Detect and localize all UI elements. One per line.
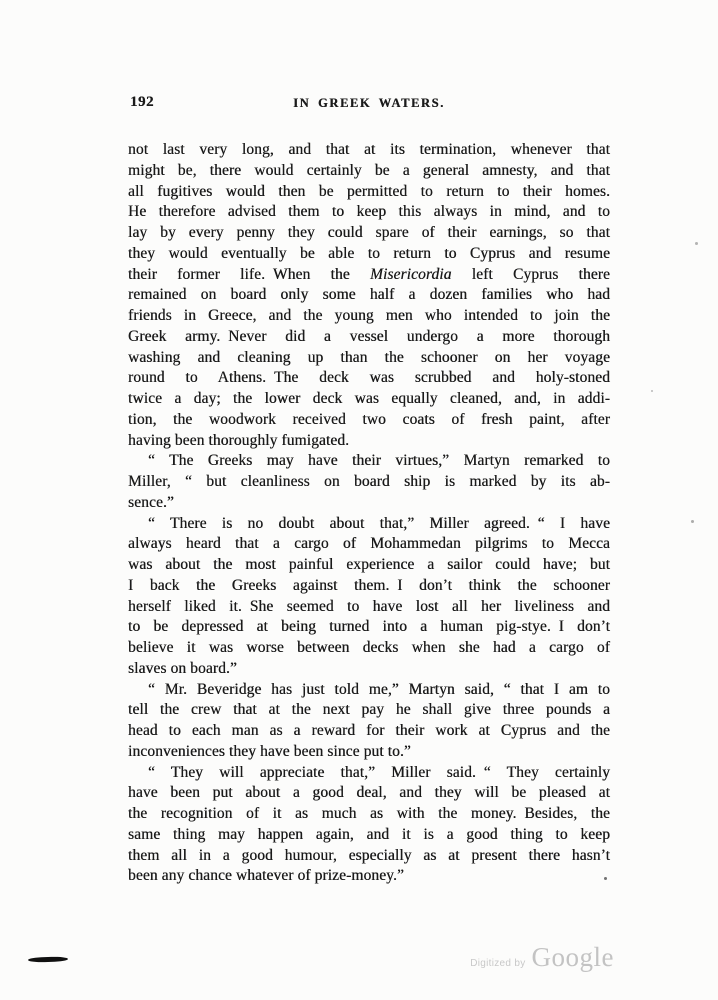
text-line: was about the most painful experience a … xyxy=(128,555,610,576)
text-line: them all in a good humour, especially as… xyxy=(128,846,610,867)
running-title: IN GREEK WATERS. xyxy=(128,96,610,111)
text-line: “ The Greeks may have their virtues,” Ma… xyxy=(128,451,610,472)
google-logo: Google xyxy=(532,942,614,973)
text-line: all fugitives would then be permitted to… xyxy=(128,182,610,203)
text-line: same thing may happen again, and it is a… xyxy=(128,825,610,846)
text-line: “ Mr. Beveridge has just told me,” Marty… xyxy=(128,680,610,701)
digitization-watermark: Digitized by Google xyxy=(470,942,614,973)
text-line: slaves on board.” xyxy=(128,659,610,680)
text-line: tion, the woodwork received two coats of… xyxy=(128,410,610,431)
scan-speck xyxy=(695,242,698,245)
text-line: herself liked it. She seemed to have los… xyxy=(128,597,610,618)
text-line: not last very long, and that at its term… xyxy=(128,140,610,161)
text-line: I back the Greeks against them. I don’t … xyxy=(128,576,610,597)
text-line: they would eventually be able to return … xyxy=(128,244,610,265)
text-line: have been put about a good deal, and the… xyxy=(128,783,610,804)
text-line: believe it was worse between decks when … xyxy=(128,638,610,659)
text-line: been any chance whatever of prize-money.… xyxy=(128,866,610,887)
text-line: having been thoroughly fumigated. xyxy=(128,431,610,452)
text-line: remained on board only some half a dozen… xyxy=(128,285,610,306)
text-line: twice a day; the lower deck was equally … xyxy=(128,389,610,410)
text-line: friends in Greece, and the young men who… xyxy=(128,306,610,327)
text-line: tell the crew that at the next pay he sh… xyxy=(128,700,610,721)
text-line: sence.” xyxy=(128,493,610,514)
text-line: lay by every penny they could spare of t… xyxy=(128,223,610,244)
text-line: the recognition of it as much as with th… xyxy=(128,804,610,825)
text-line: “ They will appreciate that,” Miller sai… xyxy=(128,763,610,784)
text-line: round to Athens. The deck was scrubbed a… xyxy=(128,368,610,389)
text-line: head to each man as a reward for their w… xyxy=(128,721,610,742)
book-page: 192 IN GREEK WATERS. not last very long,… xyxy=(0,0,718,1000)
text-block: not last very long, and that at its term… xyxy=(128,140,610,887)
text-line: might be, there would certainly be a gen… xyxy=(128,161,610,182)
scan-speck xyxy=(691,520,694,523)
text-line: Miller, “ but cleanliness on board ship … xyxy=(128,472,610,493)
text-line: their former life. When the Misericordia… xyxy=(128,265,610,286)
running-header: 192 IN GREEK WATERS. xyxy=(128,94,610,112)
scan-speck xyxy=(651,390,653,392)
text-line: He therefore advised them to keep this a… xyxy=(128,202,610,223)
scan-speck xyxy=(604,877,607,880)
text-line: to be depressed at being turned into a h… xyxy=(128,617,610,638)
text-line: “ There is no doubt about that,” Miller … xyxy=(128,514,610,535)
text-line: washing and cleaning up than the schoone… xyxy=(128,348,610,369)
printer-dash-mark xyxy=(28,956,68,962)
watermark-prefix: Digitized by xyxy=(470,958,525,969)
text-line: Greek army. Never did a vessel undergo a… xyxy=(128,327,610,348)
text-line: inconveniences they have been since put … xyxy=(128,742,610,763)
text-line: always heard that a cargo of Mohammedan … xyxy=(128,534,610,555)
